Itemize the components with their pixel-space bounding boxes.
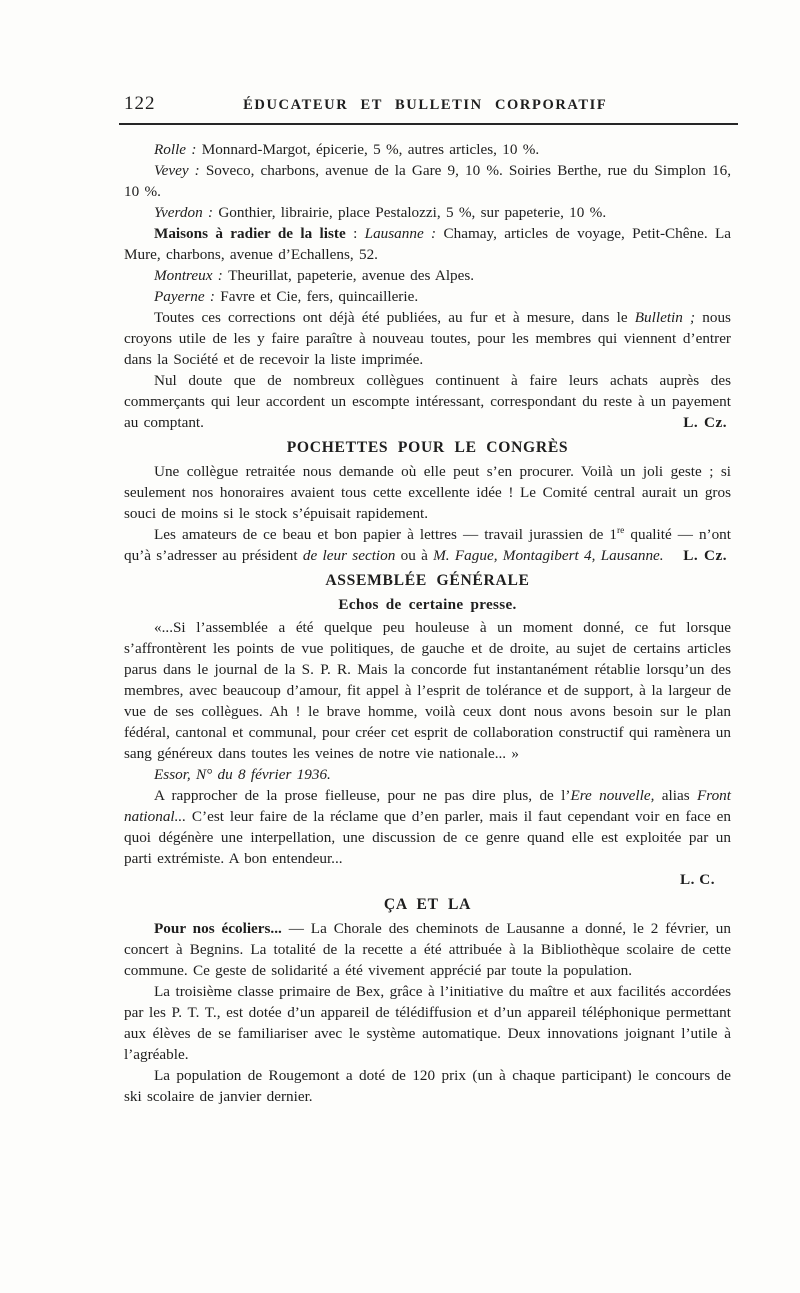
section-heading: POCHETTES POUR LE CONGRÈS [124,437,731,458]
page-content: 122 ÉDUCATEUR ET BULLETIN CORPORATIF Rol… [124,93,731,1107]
section-heading: ASSEMBLÉE GÉNÉRALE [124,570,731,591]
paragraph: La population de Rougemont a doté de 120… [124,1065,731,1107]
paragraph: Toutes ces corrections ont déjà été publ… [124,307,731,370]
paragraph: Une collègue retraitée nous demande où e… [124,461,731,524]
running-title: ÉDUCATEUR ET BULLETIN CORPORATIF [156,97,732,114]
paragraph: Maisons à radier de la liste : Lausanne … [124,223,731,265]
paragraph: A rapprocher de la prose fielleuse, pour… [124,785,731,869]
paragraph: Les amateurs de ce beau et bon papier à … [124,524,731,566]
paragraph: Essor, N° du 8 février 1936. [124,764,731,785]
scanned-page: 122 ÉDUCATEUR ET BULLETIN CORPORATIF Rol… [0,0,800,1293]
article-body: Rolle : Monnard-Margot, épicerie, 5 %, a… [124,139,731,1107]
paragraph: Payerne : Favre et Cie, fers, quincaille… [124,286,731,307]
signature: L. Cz. [683,545,727,566]
paragraph: Rolle : Monnard-Margot, épicerie, 5 %, a… [124,139,731,160]
paragraph: Vevey : Soveco, charbons, avenue de la G… [124,160,731,202]
section-heading: ÇA ET LA [124,894,731,915]
signature: L. Cz. [683,412,727,433]
paragraph: Nul doute que de nombreux collègues cont… [124,370,731,433]
page-number: 122 [124,93,156,115]
paragraph: Montreux : Theurillat, papeterie, avenue… [124,265,731,286]
paragraph: La troisième classe primaire de Bex, grâ… [124,981,731,1065]
paragraph: Pour nos écoliers... — La Chorale des ch… [124,918,731,981]
paragraph: «...Si l’assemblée a été quelque peu hou… [124,617,731,764]
signature: L. C. [124,869,731,890]
paragraph: Yverdon : Gonthier, librairie, place Pes… [124,202,731,223]
section-subheading: Echos de certaine presse. [124,594,731,615]
page-header: 122 ÉDUCATEUR ET BULLETIN CORPORATIF [124,93,731,115]
header-rule [119,123,738,125]
